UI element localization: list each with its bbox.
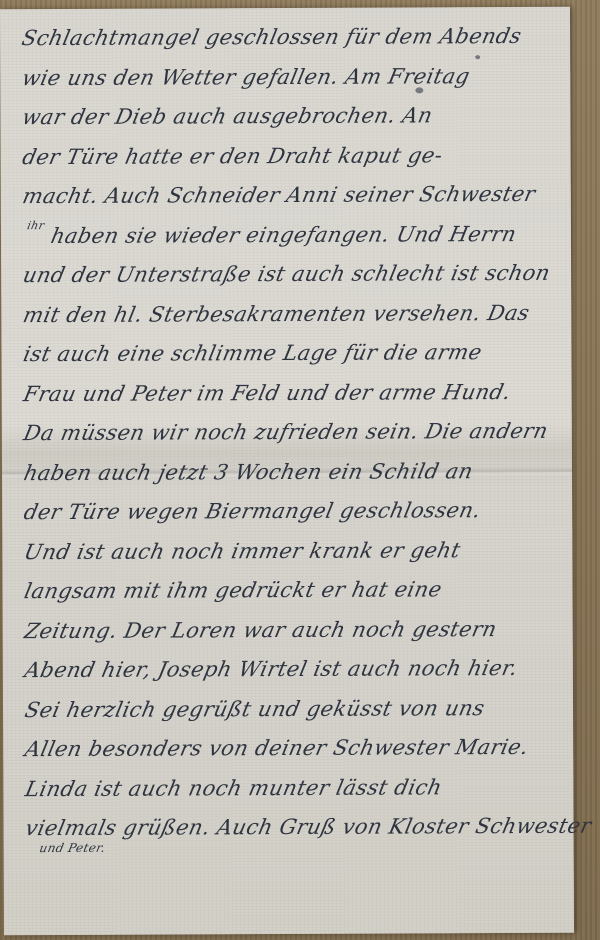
letter-page: Schlachtmangel geschlossen für dem Abend… <box>0 7 574 935</box>
letter-line: der Türe wegen Biermangel geschlossen. <box>20 491 558 533</box>
letter-line: Allen besonders von deiner Schwester Mar… <box>21 728 559 770</box>
letter-line: macht. Auch Schneider Anni seiner Schwes… <box>19 175 557 217</box>
letter-line: Sei herzlich gegrüßt und geküsst von uns <box>21 688 559 730</box>
letter-line: und der Unterstraße ist auch schlecht is… <box>19 254 557 296</box>
letter-line: der Türe hatte er den Draht kaput ge- <box>19 135 557 177</box>
letter-line: Abend hier, Joseph Wirtel ist auch noch … <box>21 649 559 691</box>
interlinear-insert: ihr <box>26 219 46 232</box>
letter-text: Schlachtmangel geschlossen für dem Abend… <box>22 17 556 855</box>
letter-line: haben sie wieder eingefangen. Und Herrn <box>49 221 519 247</box>
letter-line: Da müssen wir noch zufrieden sein. Die a… <box>20 412 558 454</box>
letter-line: Linda ist auch noch munter lässt dich <box>21 767 559 809</box>
letter-line: war der Dieb auch ausgebrochen. An <box>18 96 556 138</box>
letter-line: haben auch jetzt 3 Wochen ein Schild an <box>20 451 558 493</box>
letter-line: mit den hl. Sterbesakramenten versehen. … <box>19 293 557 335</box>
letter-line-with-insert: ihr haben sie wieder eingefangen. Und He… <box>19 214 557 256</box>
letter-line: Frau und Peter im Feld und der arme Hund… <box>20 372 558 414</box>
letter-line: Schlachtmangel geschlossen für dem Abend… <box>18 17 556 59</box>
letter-line: ist auch eine schlimme Lage für die arme <box>19 333 557 375</box>
letter-line: langsam mit ihm gedrückt er hat eine <box>20 570 558 612</box>
letter-line: Zeitung. Der Loren war auch noch gestern <box>21 609 559 651</box>
letter-line: Und ist auch noch immer krank er geht <box>20 530 558 572</box>
letter-line: wie uns den Wetter gefallen. Am Freitag <box>18 56 556 98</box>
letter-line-tail: und Peter. <box>24 838 557 854</box>
